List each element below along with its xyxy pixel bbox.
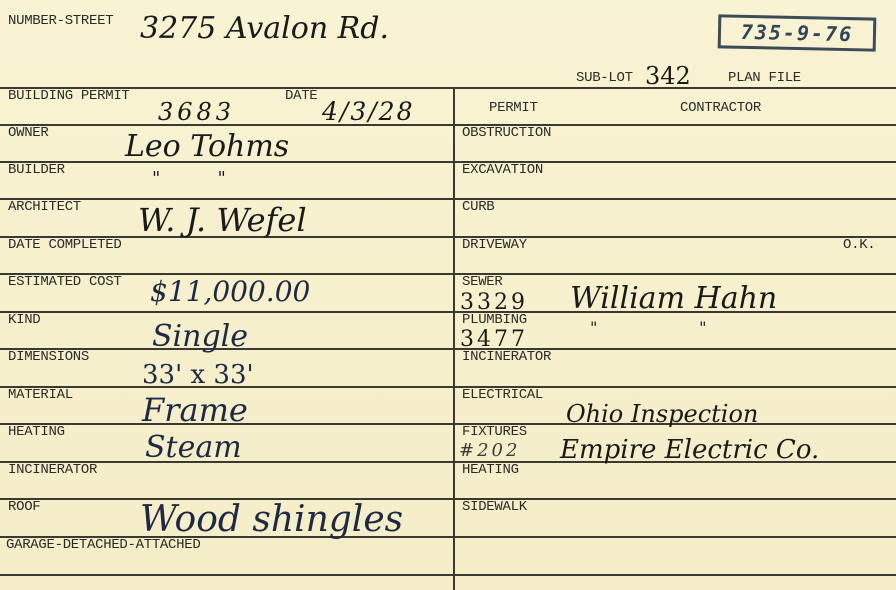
column-divider bbox=[453, 87, 455, 590]
incinerator-label: INCINERATOR bbox=[8, 463, 97, 477]
sub-lot-value: 342 bbox=[645, 64, 691, 88]
permit-column-header: PERMIT bbox=[489, 101, 538, 115]
sidewalk-label: SIDEWALK bbox=[462, 500, 527, 514]
plumbing-contractor: " " bbox=[590, 320, 706, 336]
material-value: Frame bbox=[142, 394, 248, 426]
obstruction-label: OBSTRUCTION bbox=[462, 126, 551, 140]
rule bbox=[0, 386, 896, 388]
garage-label: GARAGE-DETACHED-ATTACHED bbox=[6, 538, 200, 552]
sewer-contractor: William Hahn bbox=[570, 284, 777, 314]
sub-lot-label: SUB-LOT bbox=[576, 71, 633, 85]
estimated-cost-value: $11,000.00 bbox=[150, 278, 310, 306]
rule bbox=[0, 574, 896, 576]
driveway-label: DRIVEWAY bbox=[462, 238, 527, 252]
fixtures-permit-no: #202 bbox=[459, 442, 520, 460]
owner-label: OWNER bbox=[8, 126, 49, 140]
incinerator-permit-label: INCINERATOR bbox=[462, 350, 551, 364]
roof-label: ROOF bbox=[8, 500, 40, 514]
electrical-contractor: Ohio Inspection bbox=[566, 402, 758, 426]
date-label: DATE bbox=[285, 89, 317, 103]
estimated-cost-label: ESTIMATED COST bbox=[8, 275, 121, 289]
excavation-label: EXCAVATION bbox=[462, 163, 543, 177]
date-completed-label: DATE COMPLETED bbox=[8, 238, 121, 252]
permit-index-card: NUMBER-STREET 3275 Avalon Rd. 735-9-76 S… bbox=[0, 0, 896, 590]
builder-label: BUILDER bbox=[8, 163, 65, 177]
dimensions-label: DIMENSIONS bbox=[8, 350, 89, 364]
rule bbox=[0, 498, 896, 500]
kind-label: KIND bbox=[8, 313, 40, 327]
contractor-column-header: CONTRACTOR bbox=[680, 101, 761, 115]
plumbing-permit-no: 3477 bbox=[460, 329, 528, 351]
builder-value: " " bbox=[152, 170, 226, 188]
plan-file-label: PLAN FILE bbox=[728, 71, 801, 85]
dimensions-value: 33' x 33' bbox=[142, 362, 254, 388]
rule bbox=[0, 348, 896, 350]
building-permit-label: BUILDING PERMIT bbox=[8, 89, 130, 103]
plumbing-label: PLUMBING bbox=[462, 313, 527, 327]
file-number-stamp: 735-9-76 bbox=[718, 14, 877, 51]
building-permit-value: 3683 bbox=[158, 100, 235, 124]
curb-label: CURB bbox=[462, 200, 494, 214]
architect-value: W. J. Wefel bbox=[138, 204, 307, 236]
driveway-note: O.K. bbox=[843, 238, 875, 252]
fixtures-label: FIXTURES bbox=[462, 425, 527, 439]
heating-label: HEATING bbox=[8, 425, 65, 439]
rule bbox=[0, 124, 896, 126]
rule bbox=[0, 273, 896, 275]
rule bbox=[0, 87, 896, 89]
roof-value: Wood shingles bbox=[140, 502, 403, 538]
number-street-value: 3275 Avalon Rd. bbox=[140, 14, 389, 44]
architect-label: ARCHITECT bbox=[8, 200, 81, 214]
sewer-label: SEWER bbox=[462, 275, 503, 289]
rule bbox=[0, 198, 896, 200]
date-value: 4/3/28 bbox=[322, 99, 414, 124]
rule bbox=[0, 423, 896, 425]
fixtures-contractor: Empire Electric Co. bbox=[560, 437, 819, 463]
electrical-label: ELECTRICAL bbox=[462, 388, 543, 402]
kind-value: Single bbox=[152, 322, 248, 352]
number-street-label: NUMBER-STREET bbox=[8, 14, 113, 28]
heating-permit-label: HEATING bbox=[462, 463, 519, 477]
owner-value: Leo Tohms bbox=[125, 132, 289, 162]
heating-value: Steam bbox=[145, 433, 242, 463]
material-label: MATERIAL bbox=[8, 388, 73, 402]
sewer-permit-no: 3329 bbox=[460, 292, 528, 314]
rule bbox=[0, 236, 896, 238]
